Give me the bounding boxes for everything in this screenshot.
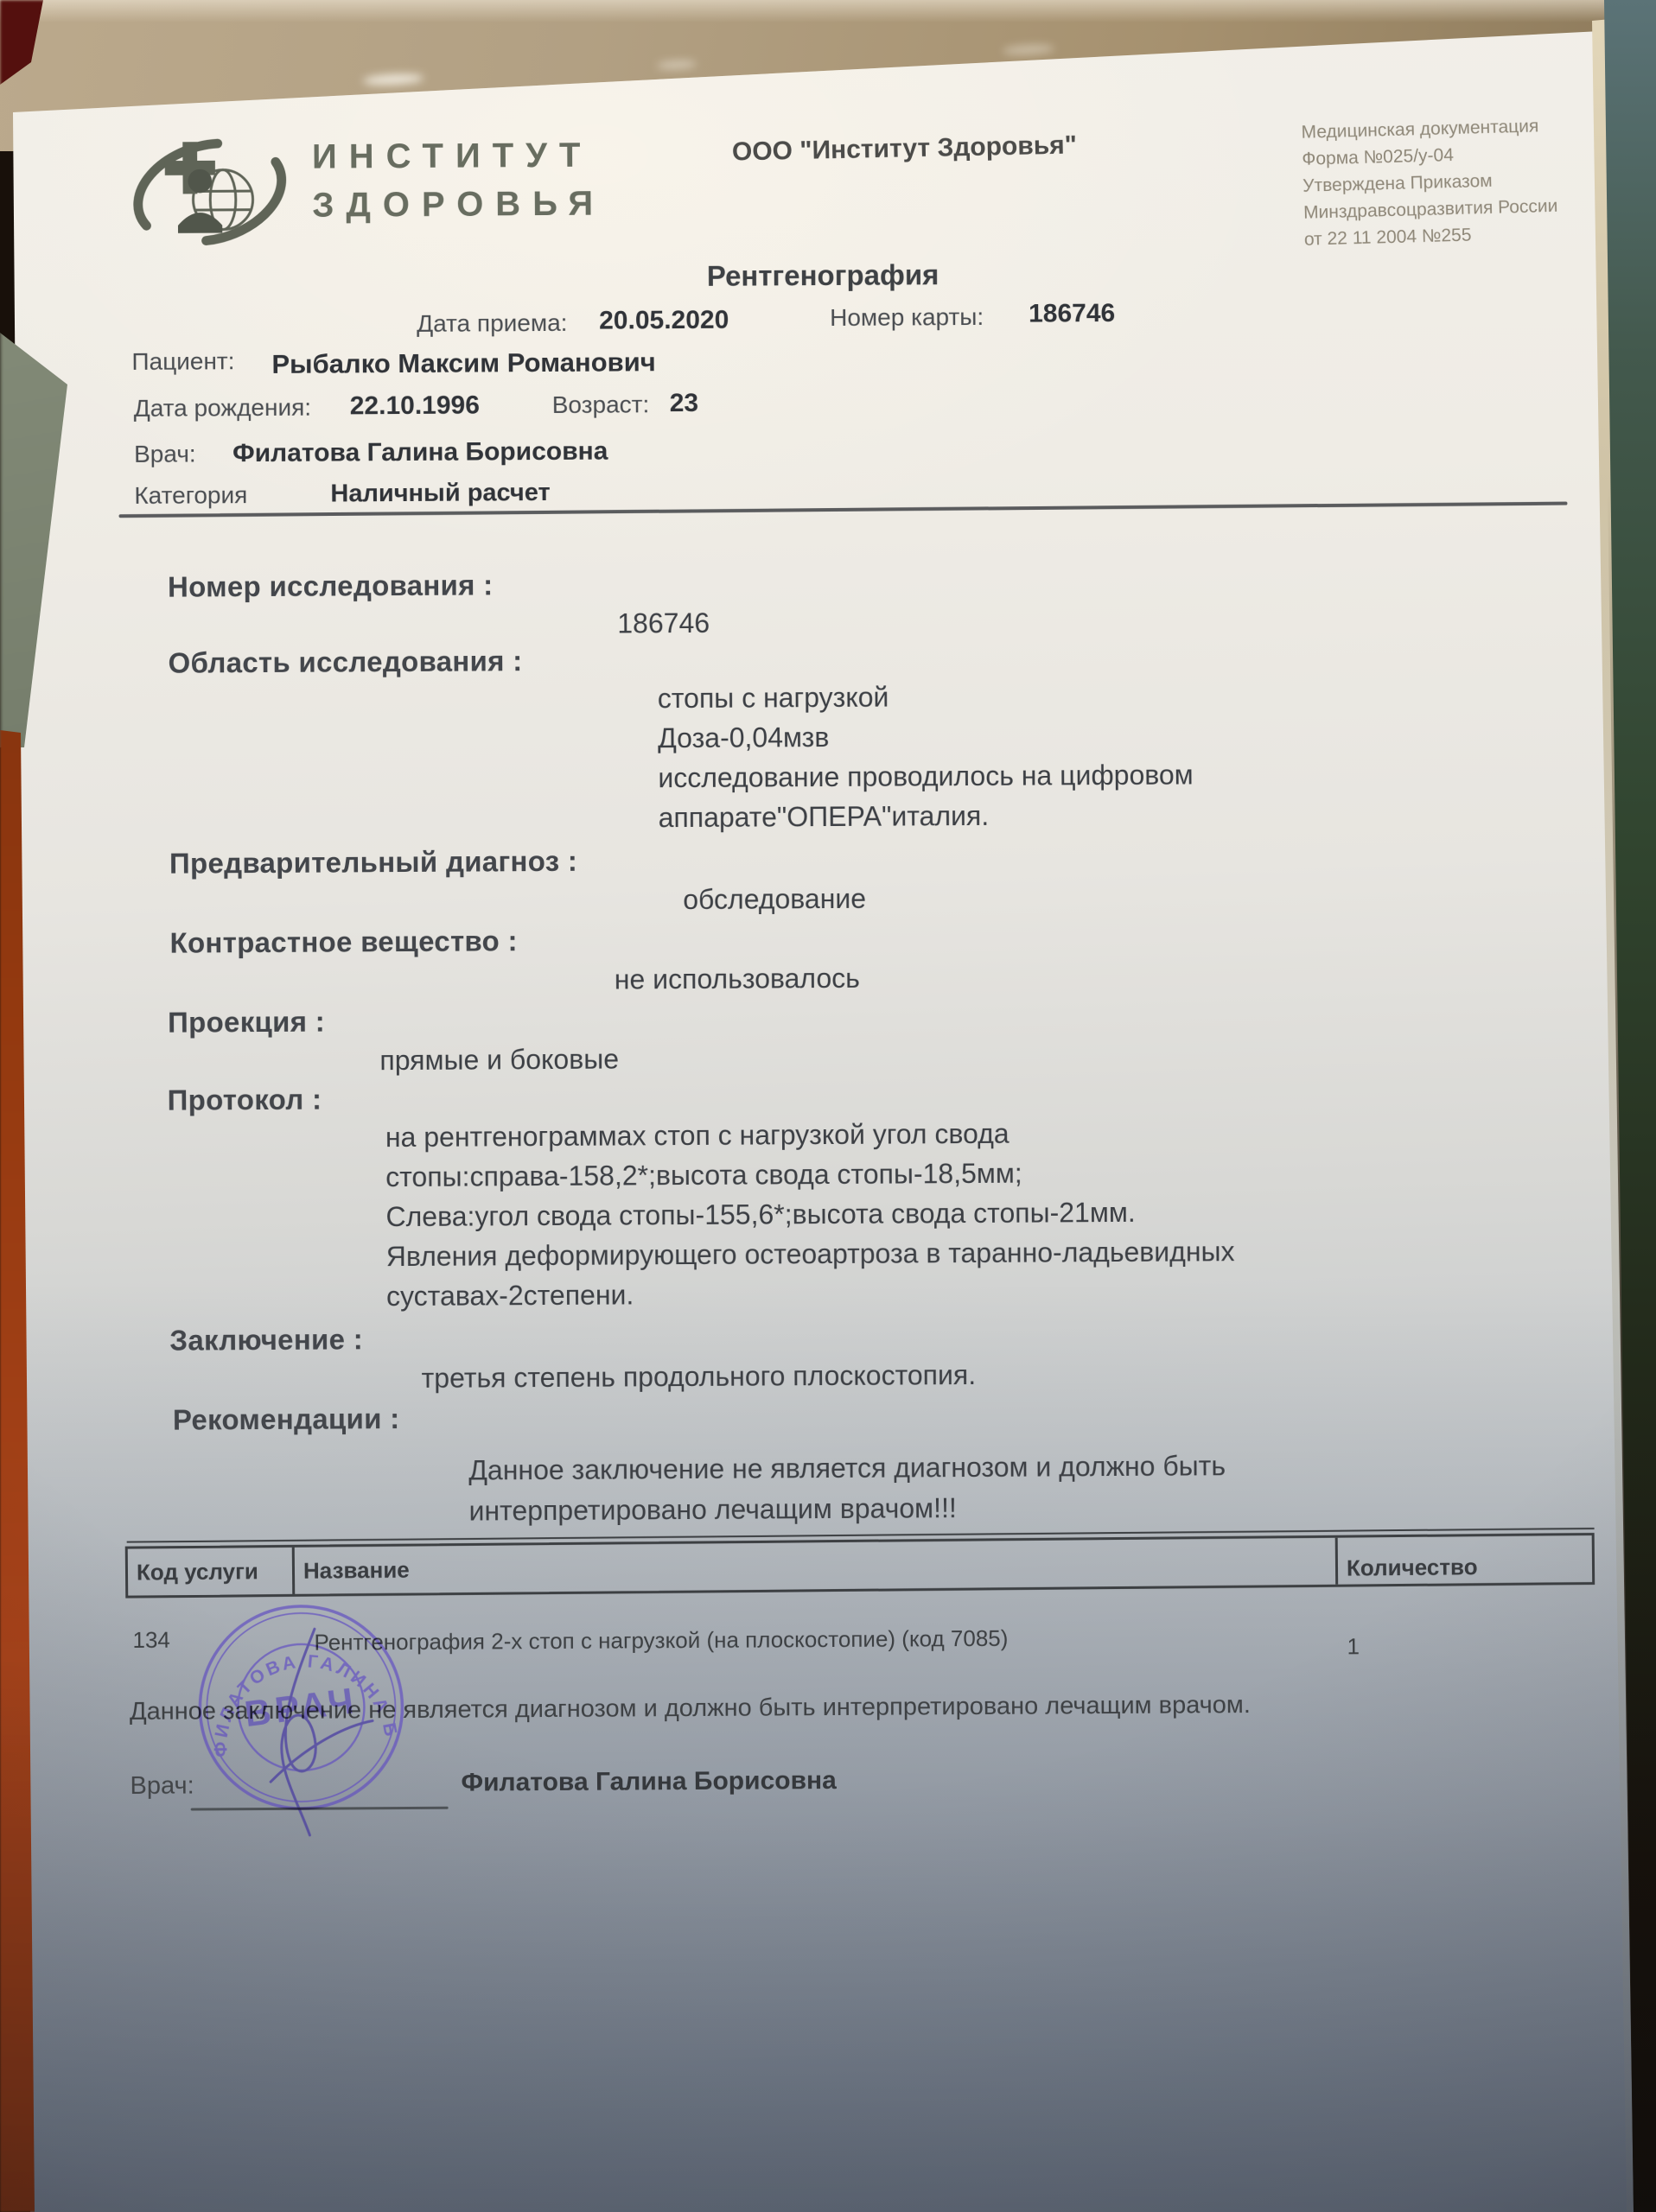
form-info-block: Медицинская документация Форма №025/у-04… [1301, 112, 1558, 253]
recommendations-line: интерпретировано лечащим врачом!!! [468, 1486, 1226, 1531]
protocol-block: на рентгенограммах стоп с нагрузкой угол… [385, 1112, 1235, 1316]
table-header-qty: Количество [1338, 1535, 1592, 1585]
service-row-qty: 1 [1347, 1633, 1360, 1660]
date-value: 20.05.2020 [599, 306, 729, 336]
org-name: ООО "Институт Здоровья" [732, 130, 1078, 167]
footer-doctor-label: Врач: [130, 1772, 194, 1801]
area-label: Область исследования : [168, 645, 522, 680]
card-value: 186746 [1029, 299, 1115, 329]
age-value: 23 [670, 389, 699, 418]
patient-name: Рыбалко Максим Романович [271, 346, 655, 380]
table-header-code: Код услуги [128, 1548, 295, 1596]
study-number-value: 186746 [617, 607, 710, 640]
form-info-line: от 22 11 2004 №255 [1304, 219, 1559, 253]
study-number-label: Номер исследования : [168, 569, 494, 603]
service-row-code: 134 [132, 1627, 170, 1654]
service-row-name: Рентгенография 2-х стоп с нагрузкой (на … [314, 1625, 1008, 1656]
protocol-line: Явления деформирующего остеоартроза в та… [386, 1231, 1235, 1276]
clinic-logo-icon [117, 130, 297, 250]
logo-wordmark-line1: ИНСТИТУТ [312, 131, 593, 181]
birth-value: 22.10.1996 [350, 391, 480, 421]
area-line: стопы с нагрузкой [658, 675, 1194, 718]
logo-wordmark-line2: ЗДОРОВЬЯ [312, 180, 605, 230]
protocol-line: на рентгенограммах стоп с нагрузкой угол… [385, 1112, 1234, 1157]
table-header-name: Название [295, 1538, 1338, 1594]
doctor-value: Филатова Галина Борисовна [232, 437, 608, 469]
recommendations-label: Рекомендации : [173, 1402, 400, 1437]
photographed-medical-document: ИНСТИТУТ ЗДОРОВЬЯ ООО "Институт Здоровья… [0, 0, 1656, 2212]
area-value-block: стопы с нагрузкой Доза-0,04мзв исследова… [658, 675, 1194, 837]
projection-value: прямые и боковые [379, 1043, 619, 1077]
patient-label: Пациент: [131, 347, 234, 376]
stamp-center-text: ВРАЧ [242, 1680, 360, 1734]
doctor-stamp: ФИЛАТОВА ГАЛИНА БОРИСОВНА ВРАЧ [178, 1587, 431, 1878]
prelim-diagnosis-label: Предварительный диагноз : [169, 845, 577, 880]
prelim-diagnosis-value: обследование [683, 883, 866, 916]
category-label: Категория [134, 481, 247, 510]
protocol-line: Слева:угол свода стопы-155,6*;высота сво… [385, 1192, 1234, 1236]
recommendations-line: Данное заключение не является диагнозом … [468, 1446, 1226, 1491]
protocol-line: стопы:справа-158,2*;высота свода стопы-1… [385, 1152, 1234, 1197]
protocol-line: суставах-2степени. [386, 1271, 1235, 1316]
area-line: Доза-0,04мзв [658, 715, 1194, 758]
projection-label: Проекция : [168, 1006, 325, 1039]
contrast-label: Контрастное вещество : [169, 925, 518, 959]
services-table-header: Код услуги Название Количество [125, 1533, 1595, 1599]
report-title: Рентгенография [707, 258, 939, 293]
age-label: Возраст: [552, 391, 650, 419]
date-label: Дата приема: [417, 309, 568, 338]
birth-label: Дата рождения: [134, 394, 311, 423]
conclusion-label: Заключение : [169, 1323, 363, 1357]
protocol-label: Протокол : [168, 1084, 322, 1117]
contrast-value: не использовалось [615, 963, 860, 996]
area-line: исследование проводилось на цифровом [658, 754, 1194, 798]
recommendations-block: Данное заключение не является диагнозом … [468, 1446, 1226, 1531]
doctor-label: Врач: [134, 440, 196, 467]
footer-doctor-name: Филатова Галина Борисовна [461, 1766, 837, 1798]
document-content: ИНСТИТУТ ЗДОРОВЬЯ ООО "Институт Здоровья… [0, 0, 1656, 2212]
area-line: аппарате"ОПЕРА"италия. [659, 794, 1194, 837]
category-value: Наличный расчет [330, 479, 551, 509]
conclusion-value: третья степень продольного плоскостопия. [422, 1359, 977, 1395]
card-label: Номер карты: [830, 303, 984, 332]
